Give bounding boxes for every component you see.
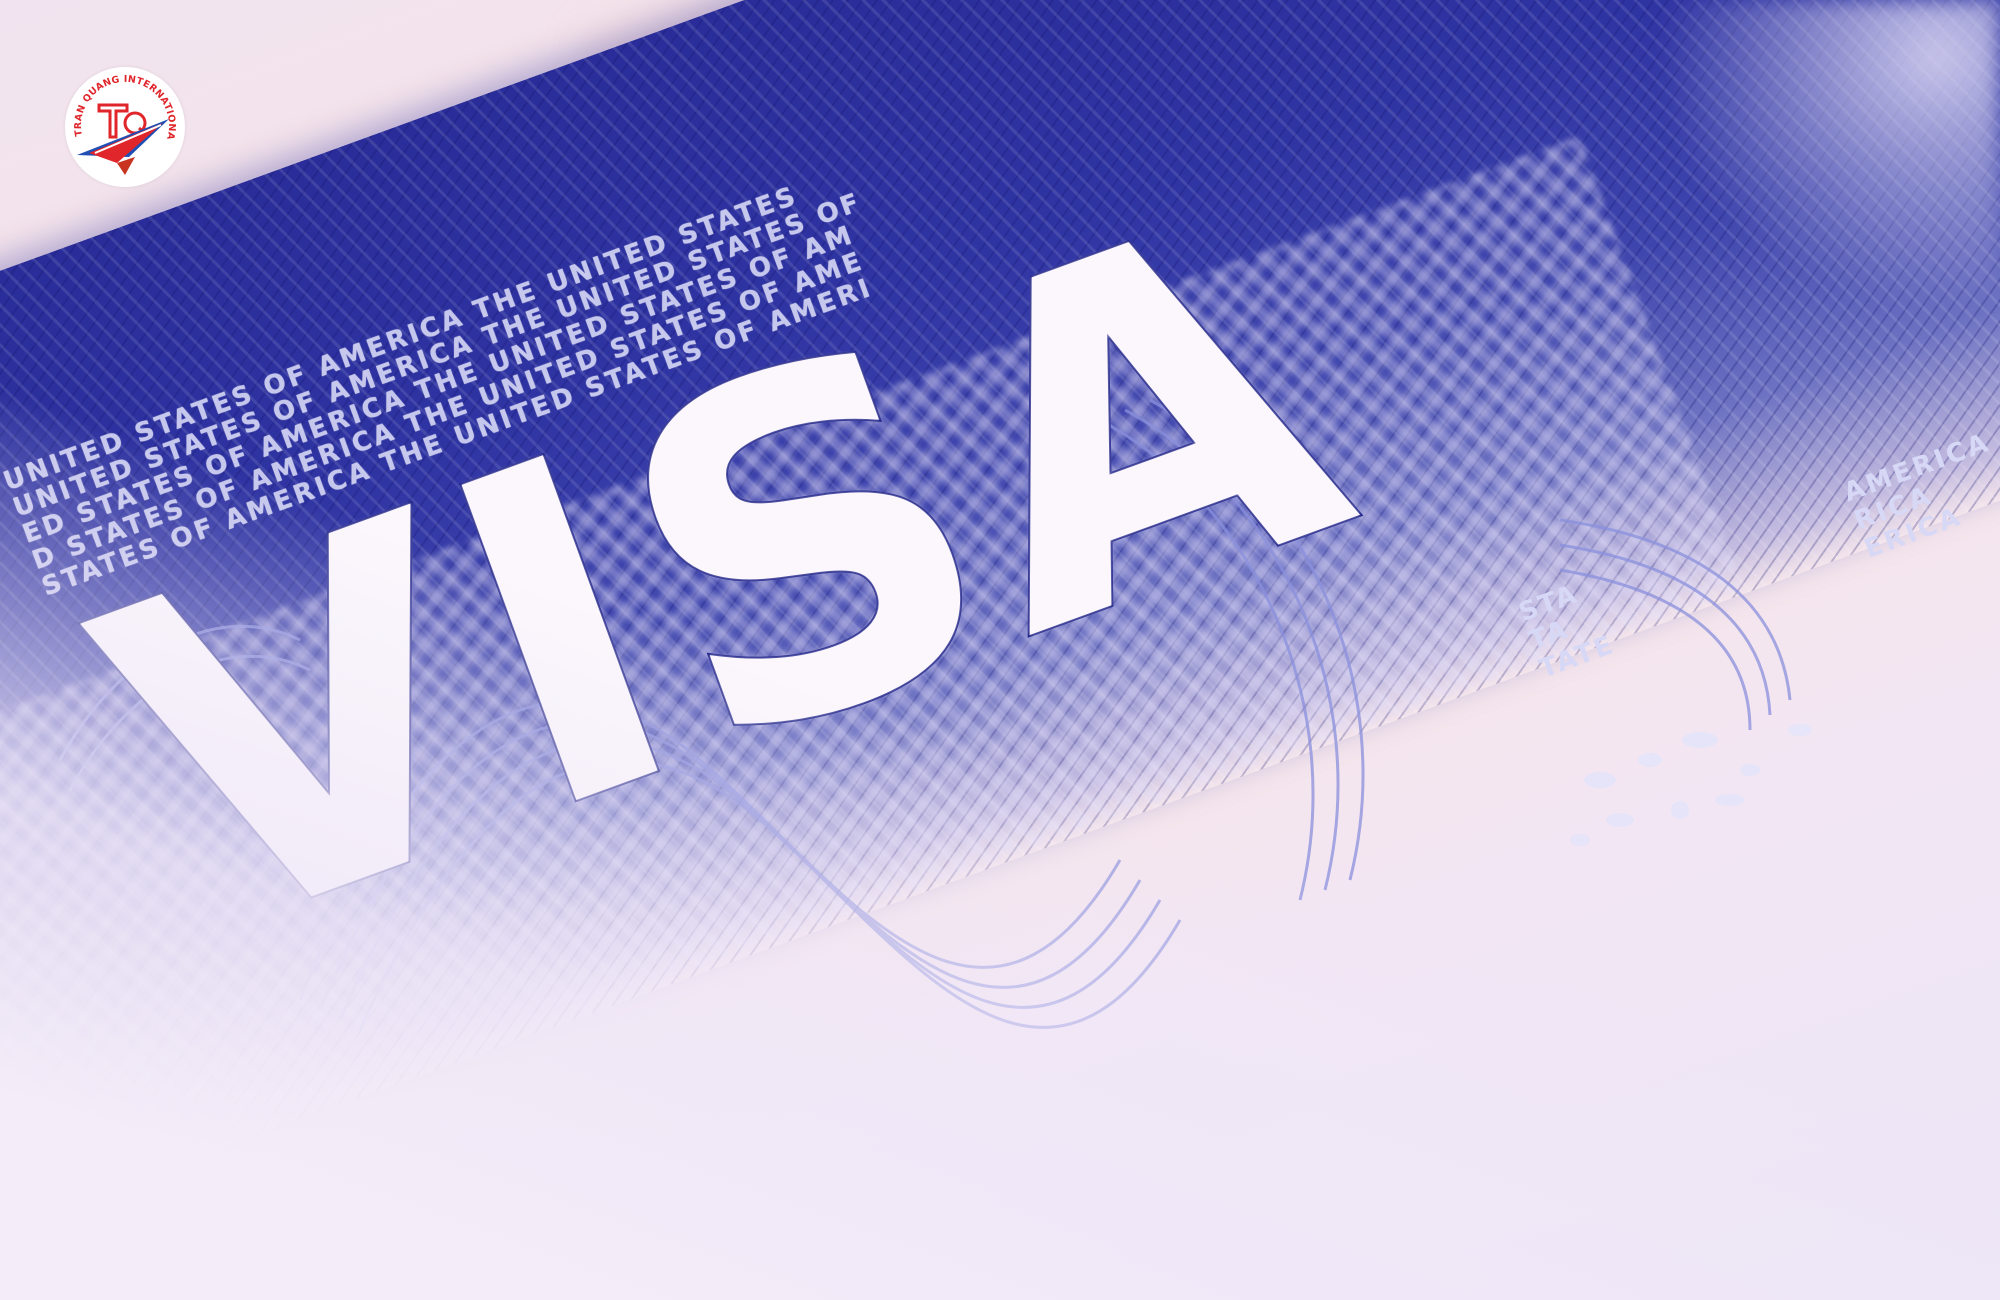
visa-photo: UNITED STATES OF AMERICA THE UNITED STAT…	[0, 0, 2000, 1300]
top-right-blur	[1580, 0, 2000, 380]
tran-quang-logo: TRAN QUANG INTERNATIONAL STUDY EDU	[65, 67, 185, 187]
logo-emblem-icon: TRAN QUANG INTERNATIONAL STUDY EDU	[65, 67, 185, 187]
